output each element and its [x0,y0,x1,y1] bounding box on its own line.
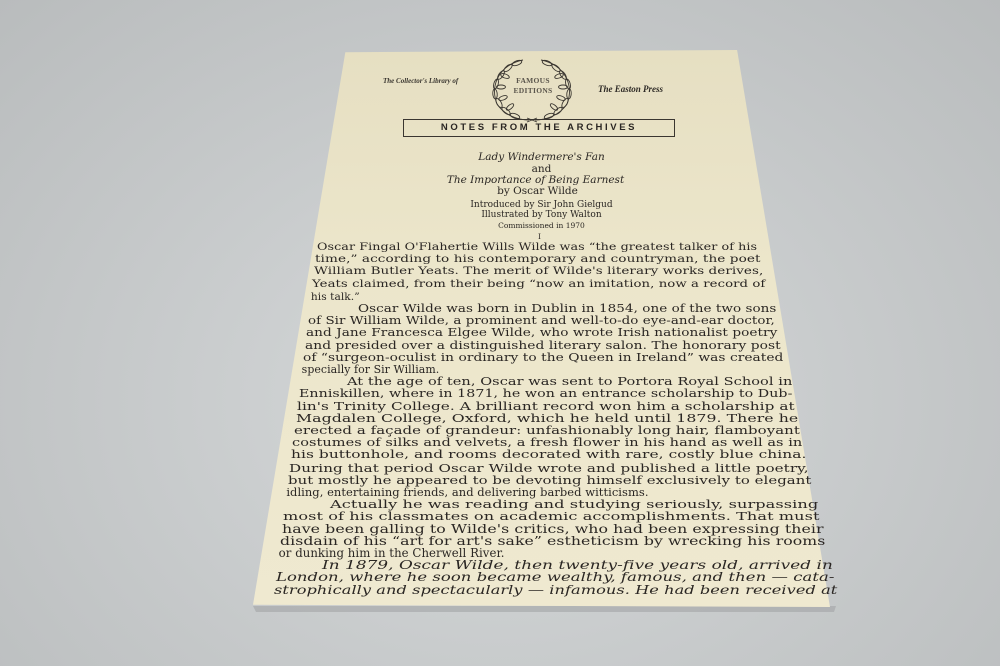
body-text-line: his talk.” [311,290,360,303]
body-text-line: lin's Trinity College. A brilliant recor… [297,400,795,413]
section-number: I [251,232,828,241]
body-text-line: his buttonhole, and rooms decorated with… [291,448,806,461]
body-text-line: and presided over a distinguished litera… [305,339,781,352]
introduced-by: Introduced by Sir John Gielgud [253,200,830,210]
series-label: The Collector's Library of [383,77,458,85]
body-text-line: of “surgeon-oculist in ordinary to the Q… [303,351,783,364]
body-text-line: Enniskillen, where in 1871, he won an en… [299,387,792,400]
body-text-line: strophically and spectacularly — infamou… [274,583,837,597]
body-text-line: and Jane Francesca Elgee Wilde, who wrot… [306,326,777,339]
section-heading-box: NOTES FROM THE ARCHIVES [403,119,675,137]
section-heading: NOTES FROM THE ARCHIVES [404,120,674,136]
body-text-line: Yeats claimed, from their being “now an … [312,278,765,290]
publisher-name: The Easton Press [598,84,663,94]
body-text-line: costumes of silks and velvets, a fresh f… [292,436,802,449]
body-text-line: At the age of ten, Oscar was sent to Por… [347,375,792,388]
commissioned-year: Commissioned in 1970 [253,221,830,230]
body-text-line: of Sir William Wilde, a prominent and we… [308,314,775,327]
illustrated-by: Illustrated by Tony Walton [253,210,830,220]
logo-text-editions: EDITIONS [503,86,563,95]
body-text-line: specially for Sir William. [302,363,440,376]
body-text-line: time,” according to his contemporary and… [315,253,761,265]
author-line: by Oscar Wilde [249,185,826,197]
sheet-content: The Collector's Library of [253,50,830,607]
body-text-line: William Butler Yeats. The merit of Wilde… [314,265,763,277]
body-text-line: erected a façade of grandeur: unfashiona… [294,424,800,437]
body-text-line: Oscar Wilde was born in Dublin in 1854, … [358,302,776,315]
logo-text-famous: FAMOUS [503,76,563,85]
title-lady-windermeres-fan: Lady Windermere's Fan [253,151,830,163]
body-text-line: Oscar Fingal O'Flahertie Wills Wilde was… [317,241,757,253]
body-text-line: Magdalen College, Oxford, which he held … [296,412,798,425]
